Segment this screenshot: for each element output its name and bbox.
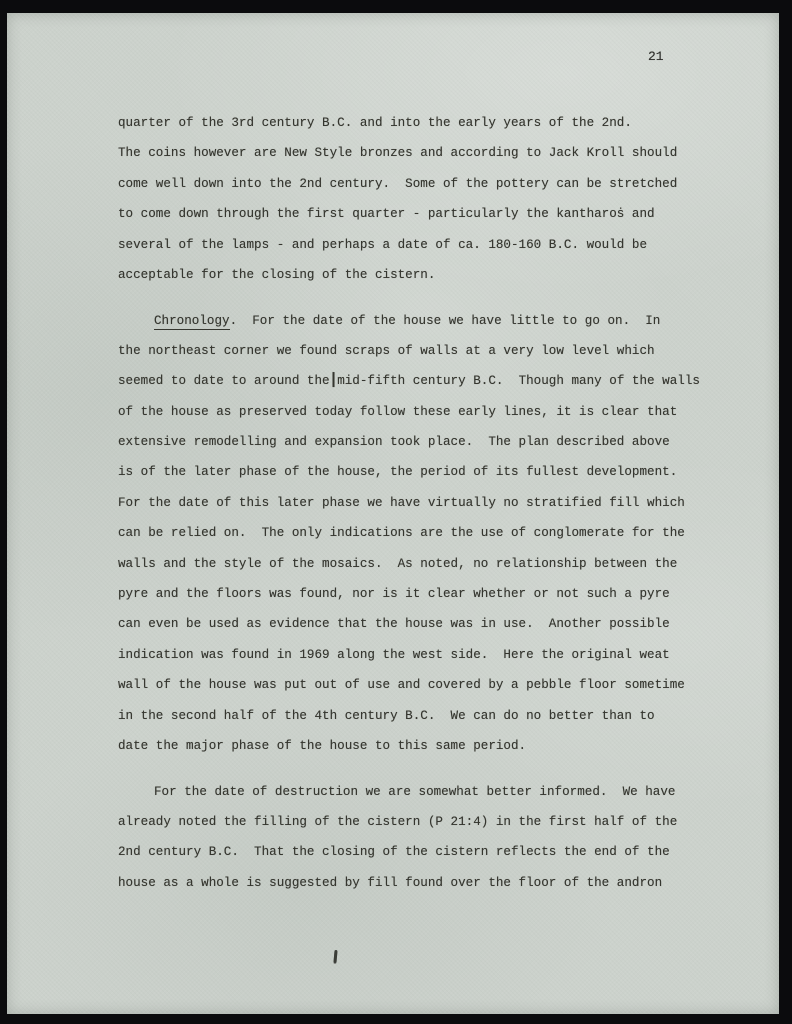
text-line: quarter of the 3rd century B.C. and into… [118, 108, 700, 138]
text-line: come well down into the 2nd century. Som… [118, 169, 700, 199]
typewritten-text: quarter of the 3rd century B.C. and into… [118, 108, 700, 898]
text-line: several of the lamps - and perhaps a dat… [118, 230, 700, 260]
text-line: in the second half of the 4th century B.… [118, 701, 700, 731]
paragraph: Chronology. For the date of the house we… [118, 306, 700, 762]
paragraph: For the date of destruction we are somew… [118, 777, 700, 899]
text-line: indication was found in 1969 along the w… [118, 640, 700, 670]
stray-ink-mark [333, 950, 337, 963]
text-line: can even be used as evidence that the ho… [118, 609, 700, 639]
scanned-page: 21 quarter of the 3rd century B.C. and i… [7, 13, 779, 1014]
text-line: For the date of this later phase we have… [118, 488, 700, 518]
text-line: already noted the filling of the cistern… [118, 807, 700, 837]
text-line: extensive remodelling and expansion took… [118, 427, 700, 457]
text-line: Chronology. For the date of the house we… [118, 306, 700, 336]
text-line: house as a whole is suggested by fill fo… [118, 868, 700, 898]
heading-continuation: . For the date of the house we have litt… [230, 314, 661, 328]
text-line: pyre and the floors was found, nor is it… [118, 579, 700, 609]
scan-background: { "colors": { "background": "#0b0b0d", "… [0, 0, 792, 1024]
text-line: the northeast corner we found scraps of … [118, 336, 700, 366]
text-line: seemed to date to around the┃mid-fifth c… [118, 366, 700, 396]
text-line: of the house as preserved today follow t… [118, 397, 700, 427]
text-line: to come down through the first quarter -… [118, 199, 700, 229]
text-line: acceptable for the closing of the cister… [118, 260, 700, 290]
text-line: For the date of destruction we are somew… [118, 777, 700, 807]
text-line: date the major phase of the house to thi… [118, 731, 700, 761]
text-line: can be relied on. The only indications a… [118, 518, 700, 548]
text-line: walls and the style of the mosaics. As n… [118, 549, 700, 579]
text-line: is of the later phase of the house, the … [118, 457, 700, 487]
text-line: wall of the house was put out of use and… [118, 670, 700, 700]
page-number: 21 [648, 49, 664, 64]
chronology-heading: Chronology [154, 314, 230, 330]
text-line: The coins however are New Style bronzes … [118, 138, 700, 168]
text-line: 2nd century B.C. That the closing of the… [118, 837, 700, 867]
paragraph: quarter of the 3rd century B.C. and into… [118, 108, 700, 290]
